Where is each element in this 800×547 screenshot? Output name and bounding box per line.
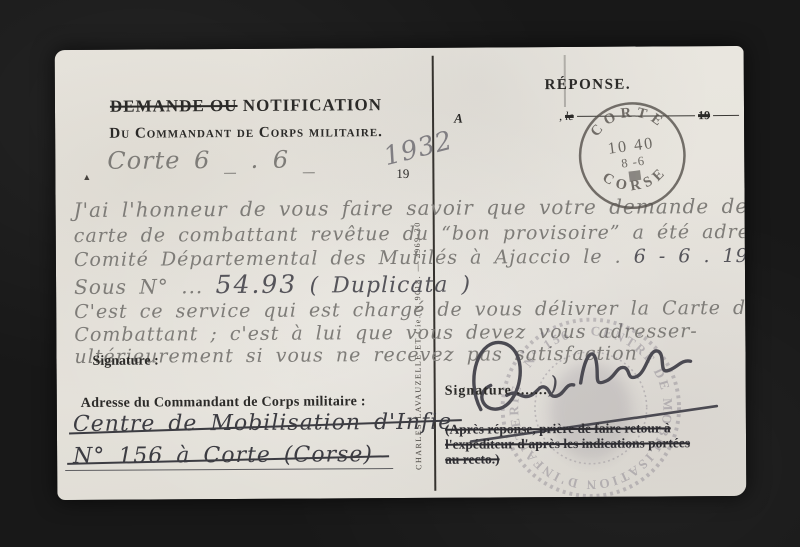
signature-label-right: Signature ....... (445, 383, 548, 400)
signature-label-left: Signature : (92, 353, 158, 369)
handwritten-date-place: Corte 6 _ . 6 _ (107, 146, 316, 175)
handwritten-address-line-1: Centre de Mobilisation d'Infie (73, 410, 452, 437)
handwriting-line-4-number: 54.93 (216, 270, 298, 299)
form-title-plain: NOTIFICATION (237, 95, 382, 115)
place-marker-icon: ▲ (82, 172, 91, 182)
handwriting-line-4: Sous N° ... 54.93 ( Duplicata ) (74, 267, 742, 300)
return-notice-line-3: au recto.) (445, 450, 745, 467)
address-label: Adresse du Commandant de Corps militaire… (81, 394, 366, 412)
form-title: DEMANDE OU NOTIFICATION (61, 95, 431, 117)
handwriting-line-4-prefix: Sous N° ... (74, 274, 203, 299)
signature-dots: ....... (516, 383, 548, 398)
form-subtitle: Du Commandant de Corps militaire. (61, 124, 431, 143)
postmark-time: 10 40 (607, 133, 656, 158)
postmark-town: CORTE (585, 100, 671, 141)
reponse-a-label: A (454, 111, 463, 127)
form-title-struck: DEMANDE OU (110, 96, 238, 116)
dateline-rule-short (713, 115, 739, 116)
dateline-19: 19 (698, 108, 710, 123)
handwritten-address-line-2: N° 156 à Corte (Corse) (73, 442, 373, 469)
postmark-stamp-icon: CORTE 10 40 8 -6 CORSE (567, 91, 697, 221)
reponse-title: RÉPONSE. (432, 76, 744, 95)
postcard: CHARLES-LAVAUZELLE ET Cie. N 9018. — 296… (55, 46, 747, 500)
signature-word: Signature (445, 383, 512, 398)
svg-text:CORTE: CORTE (585, 100, 671, 141)
handwriting-line-2: carte de combattant revêtue du “bon prov… (74, 221, 742, 247)
postmark-date: 8 -6 (620, 154, 645, 171)
handwritten-paren: ) (549, 371, 560, 399)
dateline-comma: , (559, 109, 562, 124)
handwriting-line-4-note: ( Duplicata ) (309, 273, 471, 299)
return-notice: (Après réponse, prière de faire retour à… (445, 420, 745, 467)
handwriting-line-3-date: 6 - 6 . 1932. (634, 245, 747, 268)
photo-background: CHARLES-LAVAUZELLE ET Cie. N 9018. — 296… (0, 0, 800, 547)
